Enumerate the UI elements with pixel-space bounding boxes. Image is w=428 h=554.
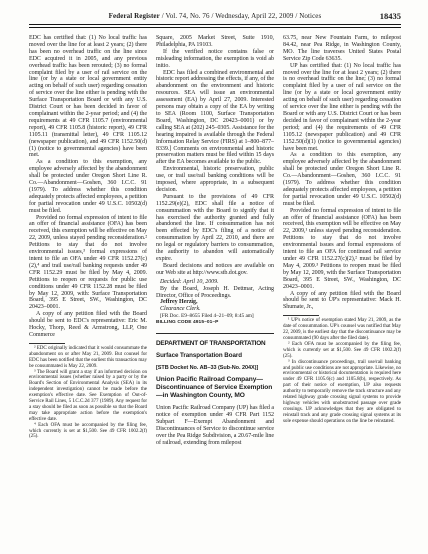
col3-paragraph-petition-copy: A copy of any petition filed with the Bo… (283, 291, 401, 312)
signature-block: Decided: April 10, 2009. By the Board, J… (156, 279, 274, 327)
col2-paragraph-void-ab-initio: If the verified notice contains false or… (156, 49, 274, 70)
col2-paragraph-website: Board decisions and notices are availabl… (156, 263, 274, 277)
column-3: 63.75, near New Fountain Farm, to milepo… (283, 35, 401, 447)
col1-paragraph-petition-copy: A copy of any petition filed with the Bo… (29, 311, 147, 339)
col2-paragraph-address-continued: Square, 2005 Market Street, Suite 1910, … (156, 35, 274, 49)
col1-paragraph-effective-date: Provided no formal expression of intent … (29, 215, 147, 312)
footnote-1: ¹ UP's notice of exemption stated May 21… (283, 318, 401, 342)
footnote-4: ⁴ Each OFA must be accompanied by the fi… (29, 423, 147, 441)
notice-divider-rule (156, 333, 274, 334)
running-head-citation: Federal Register / Vol. 74, No. 76 / Wed… (29, 10, 401, 22)
running-head: Federal Register / Vol. 74, No. 76 / Wed… (29, 10, 401, 22)
signer-title: Clearance Clerk. (156, 306, 274, 313)
by-the-board-line: By the Board, Joseph H. Dettmar, Acting … (156, 286, 274, 300)
col3-paragraph-effective-date: Provided no formal expression of intent … (283, 208, 401, 291)
federal-register-page: Federal Register / Vol. 74, No. 76 / Wed… (0, 0, 428, 554)
signer-name: Jeffrey Herzig, (156, 299, 274, 306)
docket-number-line: [STB Docket No. AB–33 (Sub-No. 204X)] (156, 365, 274, 371)
col3-paragraph-employee-protection: As a condition to this exemption, any em… (283, 152, 401, 207)
col2-paragraph-consummation: Pursuant to the provisions of 49 CFR 115… (156, 194, 274, 263)
department-heading: DEPARTMENT OF TRANSPORTATION (156, 340, 274, 347)
agency-heading: Surface Transportation Board (156, 352, 274, 359)
col1-paragraph-certifications: EDC has certified that: (1) No local tra… (29, 35, 147, 159)
col2-paragraph-conditions: Environmental, historic preservation, pu… (156, 166, 274, 194)
column-1: EDC has certified that: (1) No local tra… (29, 35, 147, 447)
notice-title: Union Pacific Railroad Company—Discontin… (156, 376, 274, 399)
footnote-3: ³ The Board will grant a stay if an info… (29, 370, 147, 423)
billing-code-line: BILLING CODE 4915–01–P (156, 320, 274, 327)
col2-paragraph-environmental-report: EDC has filed a combined environmental a… (156, 70, 274, 167)
journal-name: Federal Register (109, 12, 160, 20)
footnote-2: ² Each OFA must be accompanied by the fi… (283, 342, 401, 360)
issue-citation: / Vol. 74, No. 76 / Wednesday, April 22,… (162, 12, 322, 20)
col3-footnotes: ¹ UP's notice of exemption stated May 21… (283, 318, 401, 424)
col2-paragraph-up-notice: Union Pacific Railroad Company (UP) has … (156, 405, 274, 446)
footnote-2: ² EDC originally indicated that it would… (29, 346, 147, 370)
col1-paragraph-employee-protection: As a condition to this exemption, any em… (29, 159, 147, 214)
footnote-3: ³ In discontinuance proceedings, trail u… (283, 360, 401, 425)
footnote-separator-rule (29, 343, 65, 344)
col3-paragraph-certifications: UP has certified that: (1) No local traf… (283, 63, 401, 153)
decided-date-line: Decided: April 10, 2009. (156, 279, 274, 286)
col3-paragraph-mileposts: 63.75, near New Fountain Farm, to milepo… (283, 35, 401, 63)
column-2: Square, 2005 Market Street, Suite 1910, … (156, 35, 274, 447)
three-column-body: EDC has certified that: (1) No local tra… (29, 35, 401, 447)
col1-footnotes: ² EDC originally indicated that it would… (29, 346, 147, 441)
header-rule (29, 24, 401, 28)
page-number: 18435 (380, 10, 401, 22)
